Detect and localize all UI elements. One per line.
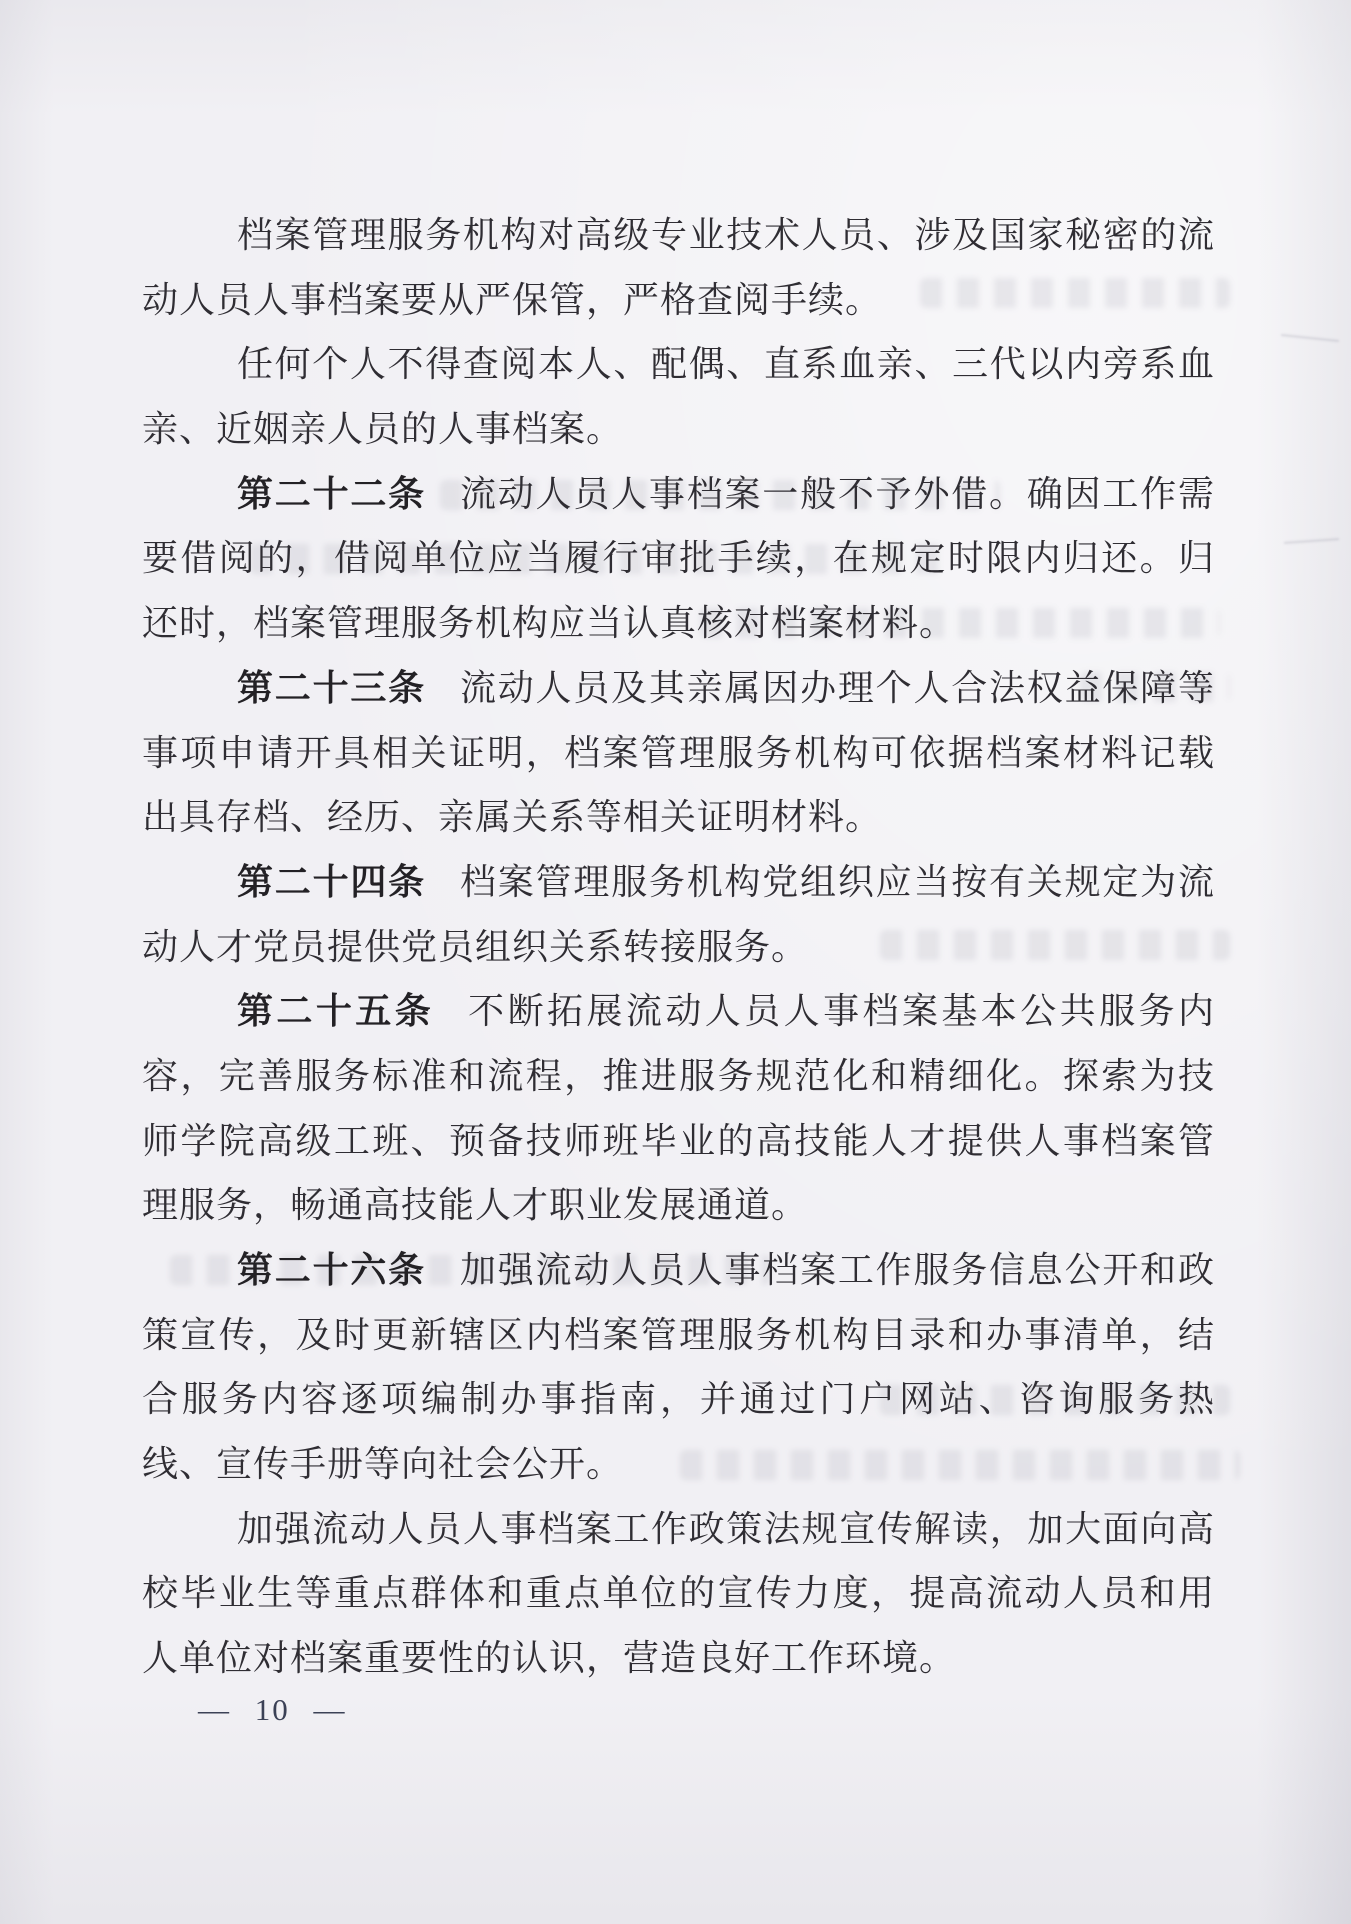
text-line: 事项申请开具相关证明，档案管理服务机构可依据档案材料记载 [142, 721, 1215, 786]
text-block: 档案管理服务机构对高级专业技术人员、涉及国家秘密的流动人员人事档案要从严保管，严… [142, 203, 1215, 1691]
text-line: 亲、近姻亲人员的人事档案。 [142, 397, 1215, 462]
text-line: 第二十四条档案管理服务机构党组织应当按有关规定为流 [142, 850, 1215, 915]
text-line: 档案管理服务机构对高级专业技术人员、涉及国家秘密的流 [142, 203, 1215, 268]
text-line: 动人员人事档案要从严保管，严格查阅手续。 [142, 268, 1215, 333]
line-text: 加强流动人员人事档案工作服务信息公开和政 [460, 1250, 1215, 1290]
text-line: 第二十二条流动人员人事档案一般不予外借。确因工作需 [142, 462, 1215, 527]
text-line: 线、宣传手册等向社会公开。 [142, 1432, 1215, 1497]
text-line: 动人才党员提供党员组织关系转接服务。 [142, 915, 1215, 980]
article-number: 第二十四条 [237, 861, 426, 902]
scanned-document-page: 档案管理服务机构对高级专业技术人员、涉及国家秘密的流动人员人事档案要从严保管，严… [0, 0, 1351, 1924]
text-line: 第二十五条不断拓展流动人员人事档案基本公共服务内 [142, 979, 1215, 1044]
line-text: 不断拓展流动人员人事档案基本公共服务内 [468, 991, 1215, 1031]
article-number: 第二十三条 [237, 667, 426, 708]
paper-crease [1284, 538, 1339, 544]
line-text: 档案管理服务机构党组织应当按有关规定为流 [460, 862, 1215, 902]
article-number: 第二十二条 [237, 473, 426, 514]
page-number: — 10 — [198, 1690, 347, 1730]
article-number: 第二十五条 [237, 990, 434, 1031]
text-line: 还时，档案管理服务机构应当认真核对档案材料。 [142, 591, 1215, 656]
line-text: 流动人员及其亲属因办理个人合法权益保障等 [460, 668, 1215, 708]
text-line: 出具存档、经历、亲属关系等相关证明材料。 [142, 785, 1215, 850]
line-text: 流动人员人事档案一般不予外借。确因工作需 [460, 474, 1215, 514]
article-number: 第二十六条 [237, 1249, 426, 1290]
text-line: 容，完善服务标准和流程，推进服务规范化和精细化。探索为技 [142, 1044, 1215, 1109]
text-line: 合服务内容逐项编制办事指南，并通过门户网站、咨询服务热 [142, 1367, 1215, 1432]
text-line: 第二十三条流动人员及其亲属因办理个人合法权益保障等 [142, 656, 1215, 721]
text-line: 师学院高级工班、预备技师班毕业的高技能人才提供人事档案管 [142, 1109, 1215, 1174]
text-line: 任何个人不得查阅本人、配偶、直系血亲、三代以内旁系血 [142, 332, 1215, 397]
text-line: 第二十六条加强流动人员人事档案工作服务信息公开和政 [142, 1238, 1215, 1303]
text-line: 校毕业生等重点群体和重点单位的宣传力度，提高流动人员和用 [142, 1561, 1215, 1626]
text-line: 要借阅的，借阅单位应当履行审批手续，在规定时限内归还。归 [142, 526, 1215, 591]
text-line: 加强流动人员人事档案工作政策法规宣传解读，加大面向高 [142, 1497, 1215, 1562]
text-line: 策宣传，及时更新辖区内档案管理服务机构目录和办事清单，结 [142, 1303, 1215, 1368]
paper-crease [1281, 334, 1339, 342]
text-line: 理服务，畅通高技能人才职业发展通道。 [142, 1173, 1215, 1238]
text-line: 人单位对档案重要性的认识，营造良好工作环境。 [142, 1626, 1215, 1691]
